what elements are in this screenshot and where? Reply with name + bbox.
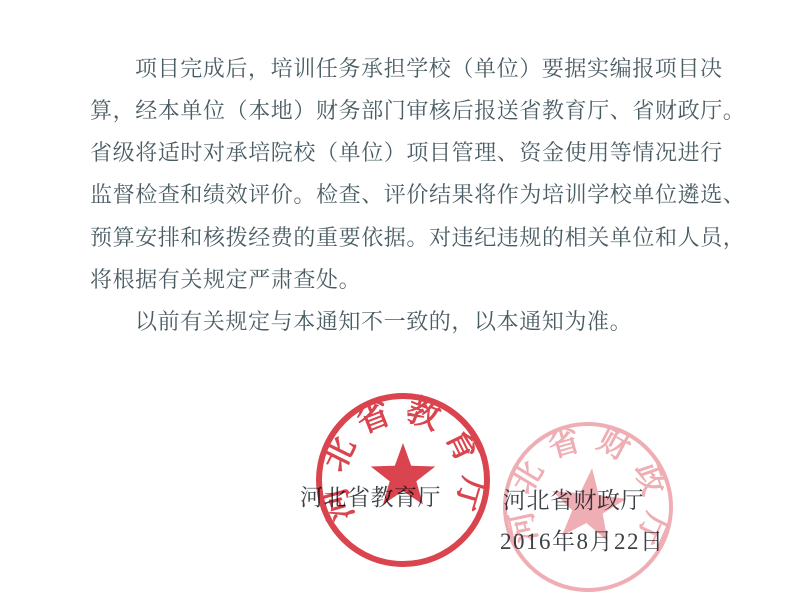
signature-education-department: 河北省教育厅 [300,479,441,512]
body-text-line: 算，经本单位（本地）财务部门审核后报送省教育厅、省财政厅。 [90,90,740,132]
signature-date: 2016年8月22日 [500,523,665,556]
body-text-line: 项目完成后，培训任务承担学校（单位）要据实编报项目决 [90,48,785,90]
body-text-line: 监督检查和绩效评价。检查、评价结果将作为培训学校单位遴选、 [90,174,740,216]
body-text-line: 将根据有关规定严肃查处。 [90,259,740,301]
document-page: 项目完成后，培训任务承担学校（单位）要据实编报项目决 算，经本单位（本地）财务部… [0,0,785,614]
body-text-line: 以前有关规定与本通知不一致的，以本通知为准。 [90,301,785,343]
body-text-line: 预算安排和核拨经费的重要依据。对违纪违规的相关单位和人员， [90,217,740,259]
signature-finance-department: 河北省财政厅 [503,482,644,515]
body-text-line: 省级将适时对承培院校（单位）项目管理、资金使用等情况进行 [90,132,740,174]
